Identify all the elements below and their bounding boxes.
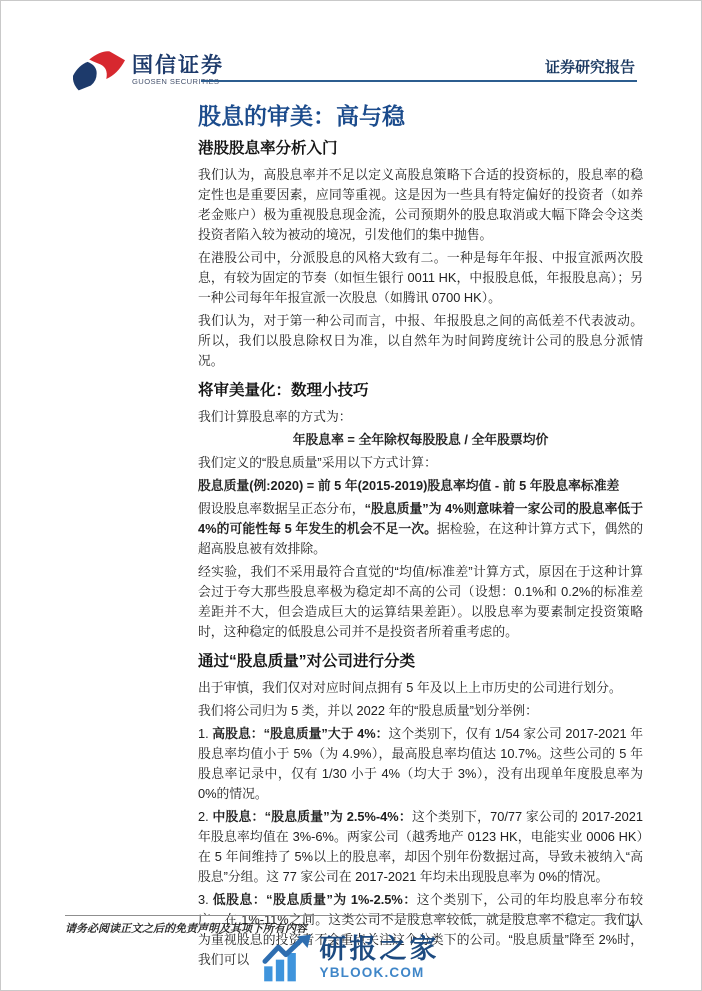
text-run: 经实验，我们不采用最符合直觉的“均值/标准差”计算方式，原因在于这种计算会过于夸… <box>198 564 643 639</box>
section-heading: 通过“股息质量”对公司进行分类 <box>198 652 643 672</box>
paragraph: 出于审慎，我们仅对对应时间点拥有 5 年及以上上市历史的公司进行划分。 <box>198 678 643 698</box>
paragraph: 在港股公司中，分派股息的风格大致有二。一种是每年年报、中报宣派两次股息，有较为固… <box>198 248 643 308</box>
text-run: 3. <box>198 892 213 907</box>
bold-text-run: 高股息：“股息质量”大于 4%： <box>212 726 388 741</box>
brand-name-cn: 国信证券 <box>132 54 224 77</box>
footer-rule <box>65 915 637 916</box>
text-run: 在港股公司中，分派股息的风格大致有二。一种是每年年报、中报宣派两次股息，有较为固… <box>198 250 643 305</box>
page-number: 4 <box>629 919 635 931</box>
bold-text-run: 低股息：“股息质量”为 1%-2.5%： <box>213 892 417 907</box>
paragraph: 1. 高股息：“股息质量”大于 4%：这个类别下，仅有 1/54 家公司 201… <box>198 724 643 804</box>
formula-line: 年股息率 = 全年除权每股股息 / 全年股票均价 <box>198 430 643 450</box>
bold-text-run: 中股息：“股息质量”为 2.5%-4%： <box>212 809 411 824</box>
text-run: 我们将公司归为 5 类，并以 2022 年的“股息质量”划分举例： <box>198 703 538 718</box>
text-run: 我们认为，对于第一种公司而言，中报、年报股息之间的高低差不代表波动。所以，我们以… <box>198 313 643 368</box>
text-run: 我们计算股息率的方式为： <box>198 409 352 424</box>
paragraph: 经实验，我们不采用最符合直觉的“均值/标准差”计算方式，原因在于这种计算会过于夸… <box>198 562 643 642</box>
report-page: 国信证券 GUOSEN SECURITIES 证券研究报告 股息的审美：高与稳 … <box>0 0 702 991</box>
text-run: 2. <box>198 809 212 824</box>
paragraph: 我们定义的“股息质量”采用以下方式计算： <box>198 453 643 473</box>
paragraph: 我们将公司归为 5 类，并以 2022 年的“股息质量”划分举例： <box>198 701 643 721</box>
report-type-label: 证券研究报告 <box>545 56 635 77</box>
formula-line: 股息质量(例:2020) = 前 5 年(2015-2019)股息率均值 - 前… <box>198 476 643 496</box>
paragraph: 我们认为，高股息率并不足以定义高股息策略下合适的投资标的，股息率的稳定性也是重要… <box>198 165 643 245</box>
text-run: 假设股息率数据呈正态分布， <box>198 501 365 516</box>
paragraph: 假设股息率数据呈正态分布，“股息质量”为 4%则意味着一家公司的股息率低于 4%… <box>198 499 643 559</box>
page-title: 股息的审美：高与稳 <box>198 103 643 129</box>
guosen-logo-icon <box>73 48 125 92</box>
yblook-watermark: 研报之家 YBLOOK.COM <box>263 933 440 983</box>
text-run: 我们认为，高股息率并不足以定义高股息策略下合适的投资标的，股息率的稳定性也是重要… <box>198 167 643 242</box>
header-rule <box>201 80 637 82</box>
guosen-logo: 国信证券 GUOSEN SECURITIES <box>73 48 224 92</box>
paragraph: 我们计算股息率的方式为： <box>198 407 643 427</box>
text-run: 出于审慎，我们仅对对应时间点拥有 5 年及以上上市历史的公司进行划分。 <box>198 680 622 695</box>
text-run: 我们定义的“股息质量”采用以下方式计算： <box>198 455 437 470</box>
watermark-name-cn: 研报之家 <box>320 936 440 963</box>
section-heading: 港股股息率分析入门 <box>198 139 643 159</box>
watermark-text: 研报之家 YBLOOK.COM <box>320 936 440 980</box>
paragraph: 我们认为，对于第一种公司而言，中报、年报股息之间的高低差不代表波动。所以，我们以… <box>198 311 643 371</box>
content: 股息的审美：高与稳 港股股息率分析入门我们认为，高股息率并不足以定义高股息策略下… <box>198 103 643 973</box>
section-heading: 将审美量化：数理小技巧 <box>198 381 643 401</box>
text-run: 1. <box>198 726 212 741</box>
bold-text-run: 股息质量(例:2020) = 前 5 年(2015-2019)股息率均值 - 前… <box>198 478 619 493</box>
chart-arrow-icon <box>263 933 313 983</box>
paragraph: 2. 中股息：“股息质量”为 2.5%-4%：这个类别下，70/77 家公司的 … <box>198 807 643 887</box>
watermark-name-en: YBLOOK.COM <box>320 966 440 980</box>
bold-text-run: 年股息率 = 全年除权每股股息 / 全年股票均价 <box>293 432 549 447</box>
